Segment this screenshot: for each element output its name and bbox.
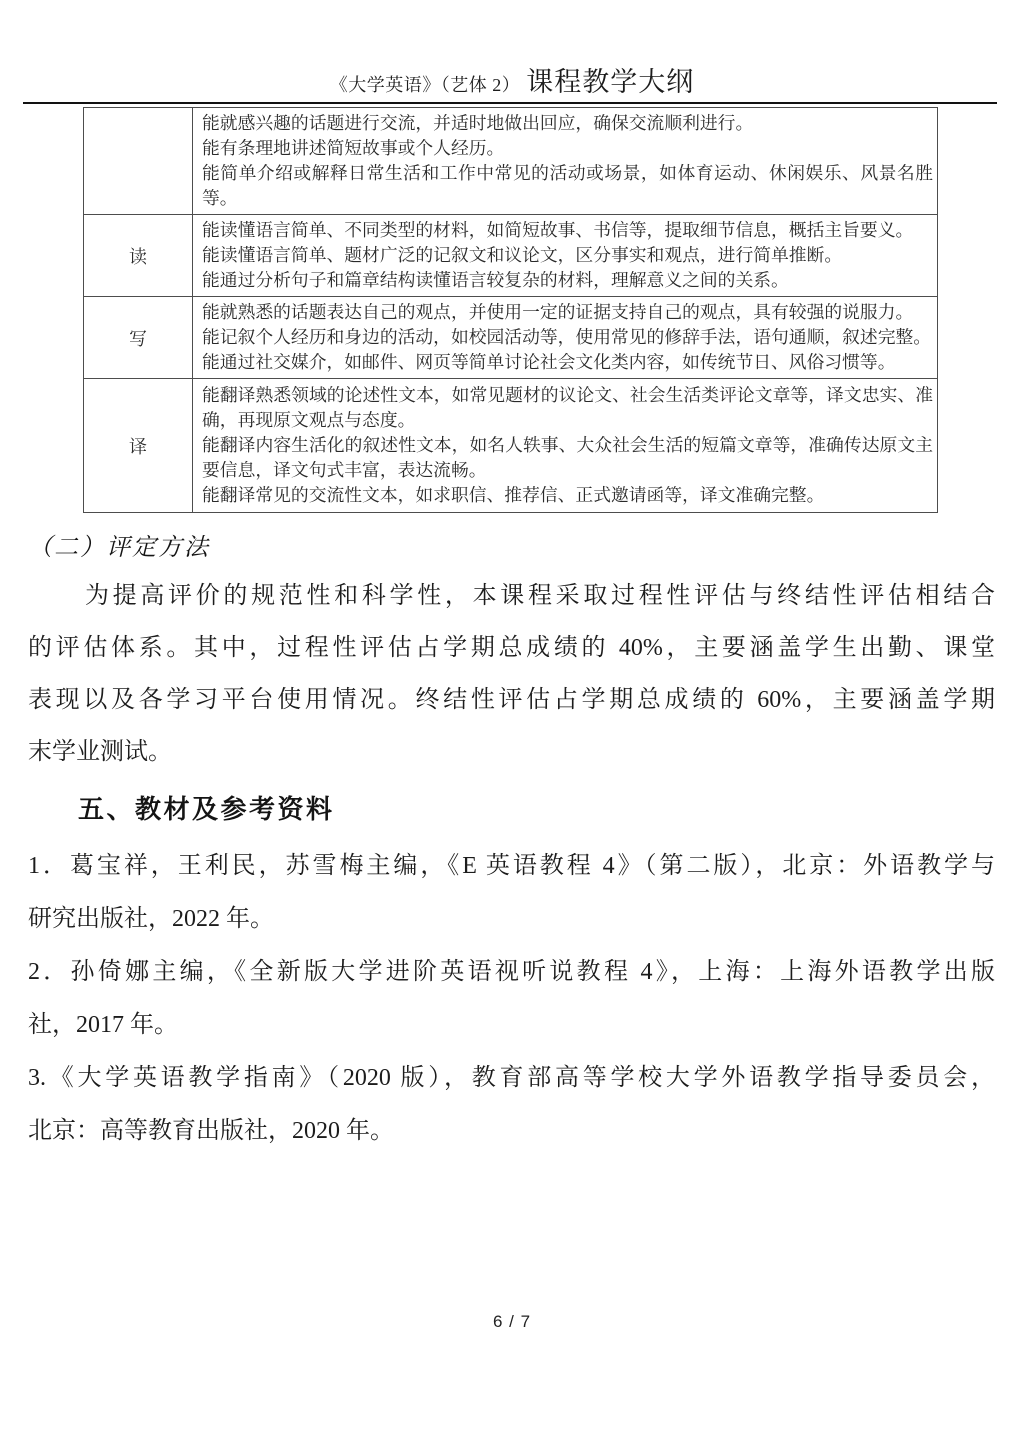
- reference-item: 1．葛宝祥，王利民，苏雪梅主编，《E 英语教程 4》（第二版），北京：外语教学与…: [28, 840, 995, 946]
- language-skills-table: 能就感兴趣的话题进行交流，并适时地做出回应，确保交流顺利进行。能有条理地讲述简短…: [83, 107, 938, 513]
- evaluation-method-paragraph: 为提高评价的规范性和科学性，本课程采取过程性评估与终结性评估相结合的评估体系。其…: [28, 570, 995, 778]
- evaluation-method-heading: （二）评定方法: [28, 527, 210, 562]
- skill-label-cell: 读: [84, 215, 193, 297]
- skill-descriptions-cell: 能就熟悉的话题表达自己的观点，并使用一定的证据支持自己的观点，具有较强的说服力。…: [193, 297, 938, 379]
- table-row: 能就感兴趣的话题进行交流，并适时地做出回应，确保交流顺利进行。能有条理地讲述简短…: [84, 108, 938, 215]
- skill-descriptions-cell: 能读懂语言简单、不同类型的材料，如简短故事、书信等，提取细节信息，概括主旨要义。…: [193, 215, 938, 297]
- page-number-indicator: 6 / 7: [0, 1312, 1024, 1332]
- document-header: 《大学英语》（艺体 2）课程教学大纲: [0, 60, 1024, 99]
- page-title: 课程教学大纲: [526, 67, 694, 97]
- header-divider-line: [23, 102, 997, 104]
- skill-label-cell: [84, 108, 193, 215]
- reference-item: 3.《大学英语教学指南》（2020 版），教育部高等学校大学外语教学指导委员会，…: [28, 1052, 995, 1158]
- table-row: 写 能就熟悉的话题表达自己的观点，并使用一定的证据支持自己的观点，具有较强的说服…: [84, 297, 938, 379]
- skill-label-cell: 译: [84, 379, 193, 513]
- syllabus-document-page: 《大学英语》（艺体 2）课程教学大纲 能就感兴趣的话题进行交流，并适时地做出回应…: [0, 0, 1024, 1447]
- skill-label-cell: 写: [84, 297, 193, 379]
- reference-item: 2．孙倚娜主编，《全新版大学进阶英语视听说教程 4》，上海：上海外语教学出版社，…: [28, 946, 995, 1052]
- table-row: 译 能翻译熟悉领域的论述性文本，如常见题材的议论文、社会生活类评论文章等，译文忠…: [84, 379, 938, 513]
- reference-list: 1．葛宝祥，王利民，苏雪梅主编，《E 英语教程 4》（第二版），北京：外语教学与…: [28, 840, 995, 1158]
- course-title-prefix: 《大学英语》（艺体 2）: [330, 75, 521, 95]
- materials-section-heading: 五、教材及参考资料: [78, 789, 335, 826]
- skill-descriptions-cell: 能翻译熟悉领域的论述性文本，如常见题材的议论文、社会生活类评论文章等，译文忠实、…: [193, 379, 938, 513]
- skill-descriptions-cell: 能就感兴趣的话题进行交流，并适时地做出回应，确保交流顺利进行。能有条理地讲述简短…: [193, 108, 938, 215]
- table-row: 读 能读懂语言简单、不同类型的材料，如简短故事、书信等，提取细节信息，概括主旨要…: [84, 215, 938, 297]
